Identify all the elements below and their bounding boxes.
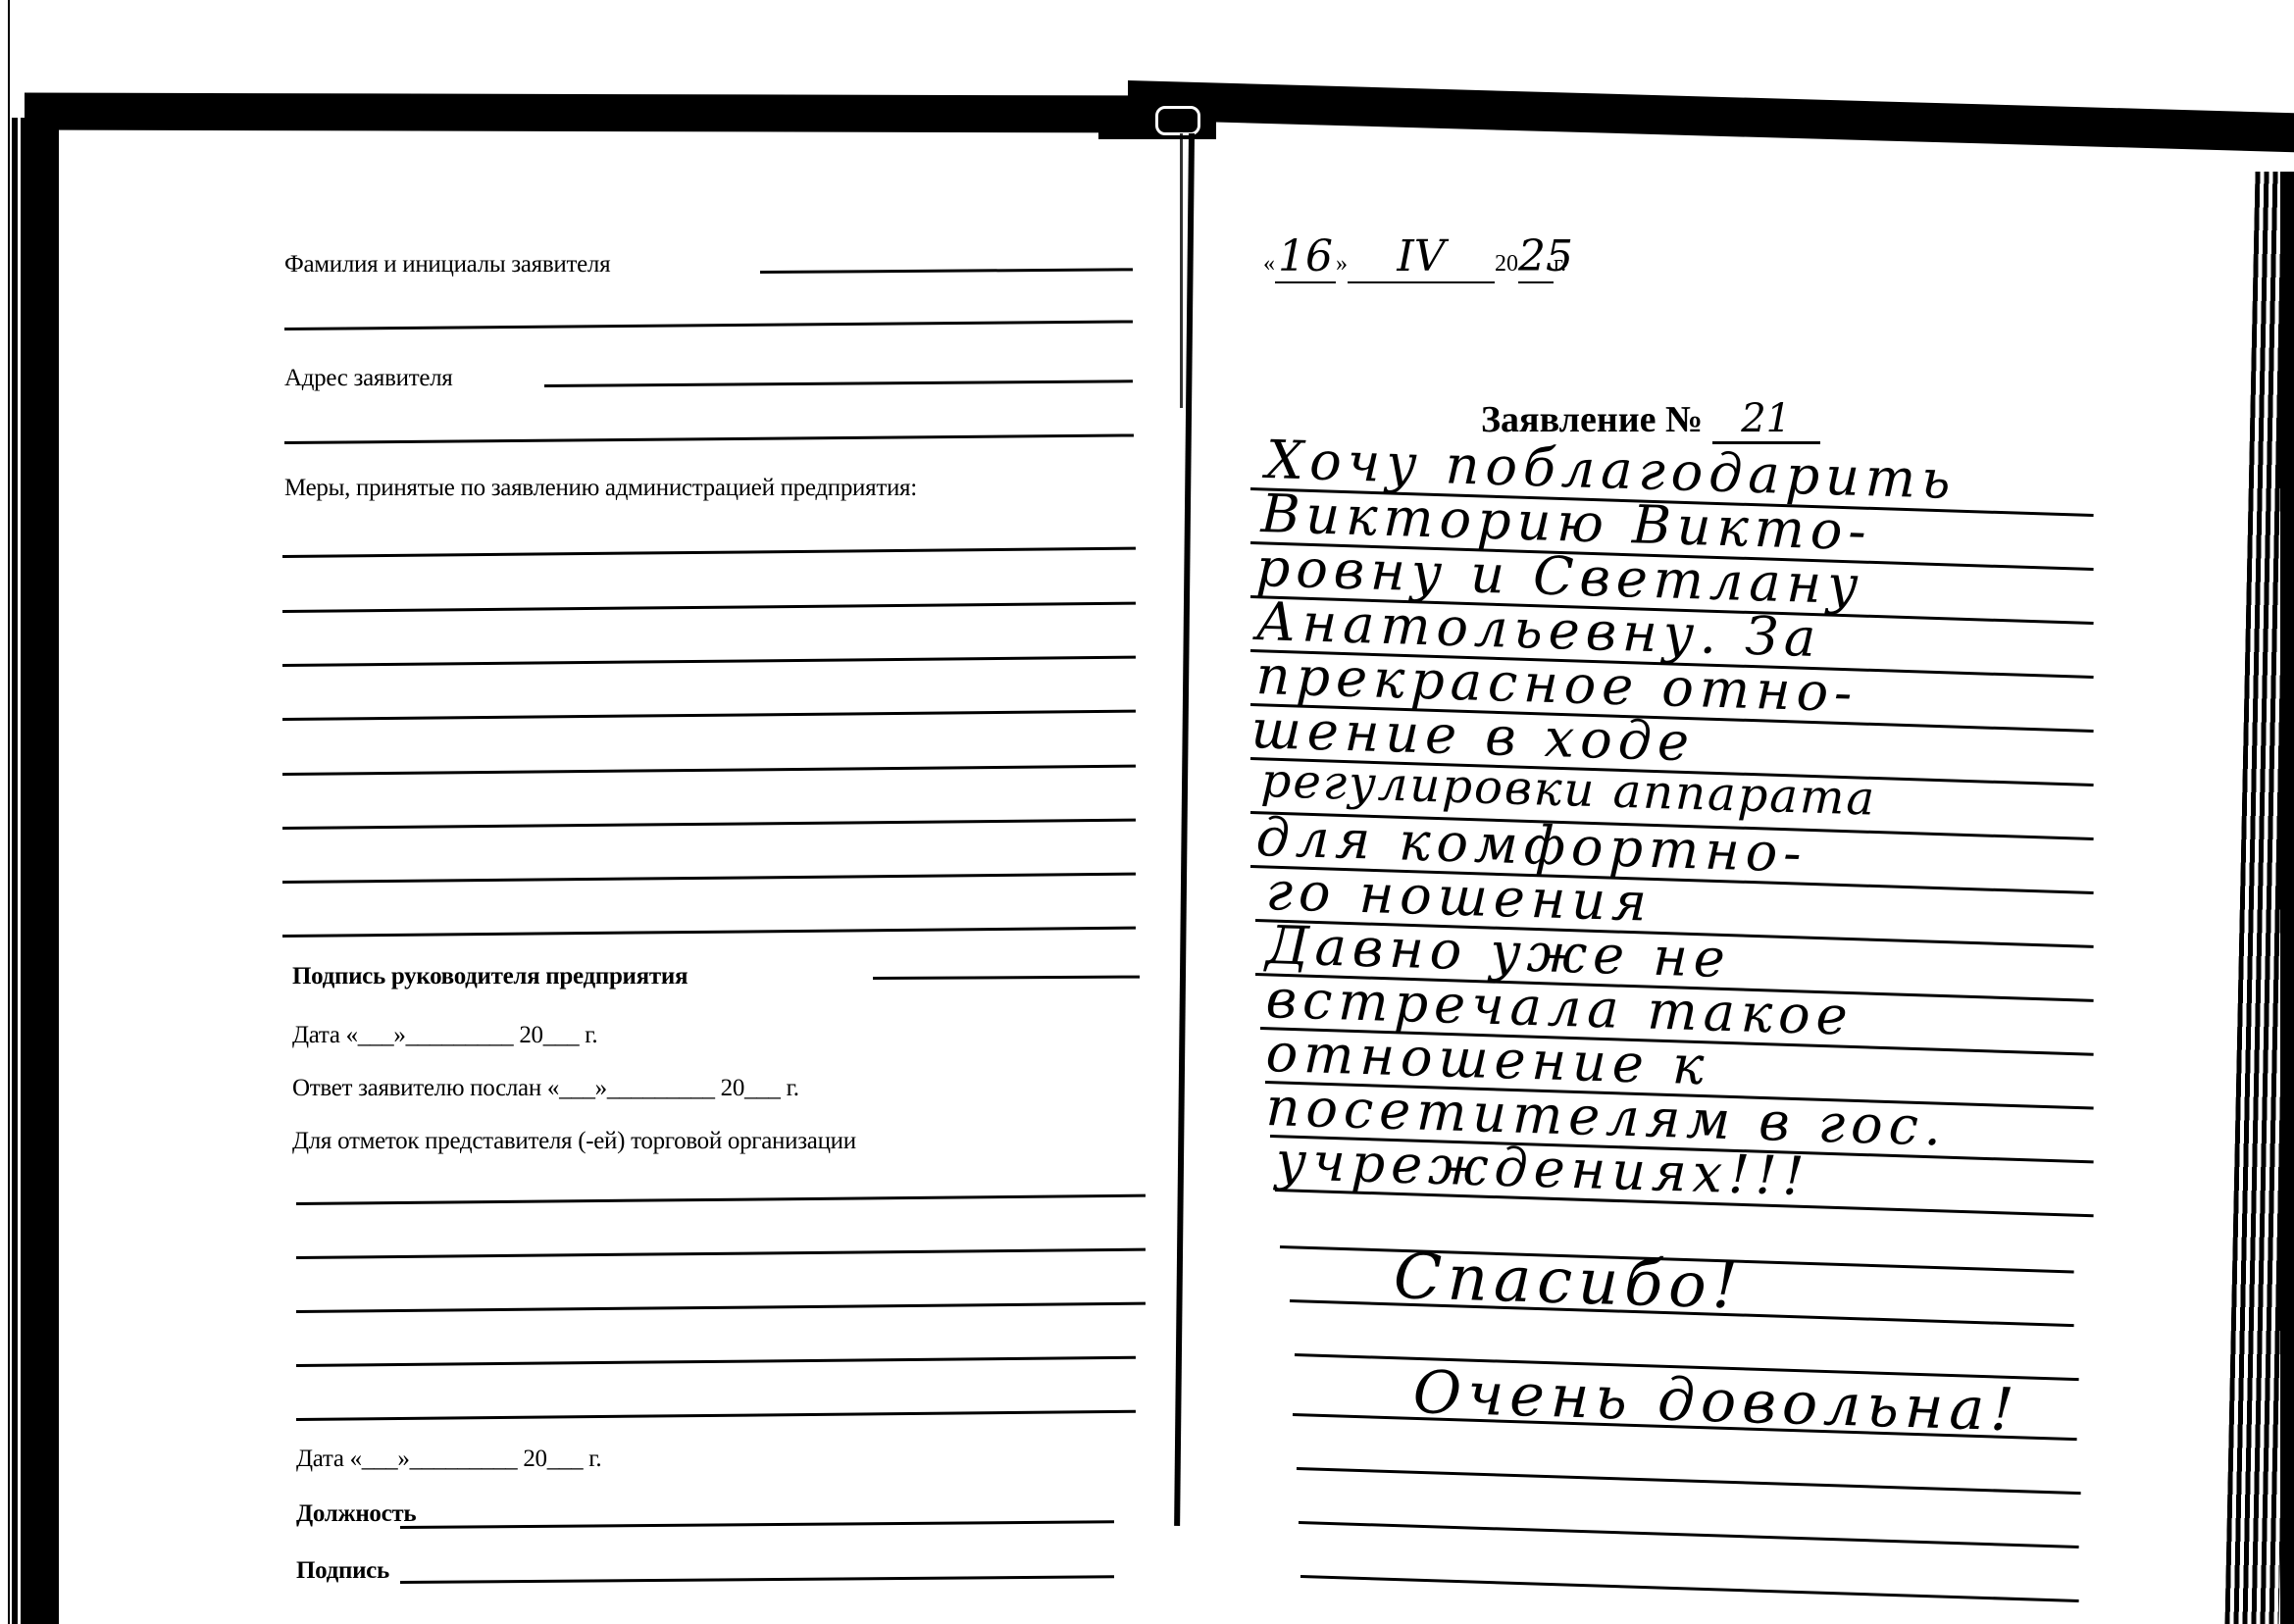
statement-title-label: Заявление №: [1481, 399, 1703, 440]
spine-shadow: [1180, 133, 1183, 408]
measures-line[interactable]: [282, 873, 1136, 884]
statement-date: «16»IV2025г.: [1263, 231, 1566, 283]
date-year-prefix: 20: [1495, 251, 1518, 277]
statement-line: [1297, 1467, 2081, 1495]
date-open-quote: «: [1263, 251, 1275, 277]
handwritten-line: Очень довольна!: [1412, 1363, 2020, 1440]
applicant-address-field[interactable]: [544, 380, 1133, 387]
date-month: IV: [1348, 231, 1495, 283]
statement-number: 21: [1712, 396, 1820, 444]
measures-line[interactable]: [282, 765, 1136, 776]
date-year-suffix: 25: [1518, 231, 1554, 283]
applicant-name-field-line-2[interactable]: [284, 320, 1133, 330]
date-day: 16: [1275, 231, 1336, 283]
applicant-address-field-line-2[interactable]: [284, 433, 1134, 444]
measures-line[interactable]: [282, 547, 1136, 558]
position-label: Должность: [296, 1500, 416, 1528]
reply-sent-label: Ответ заявителю послан «___»_________ 20…: [292, 1075, 799, 1102]
book-cover-left-edge: [12, 118, 59, 1624]
measures-line[interactable]: [282, 710, 1136, 721]
applicant-name-field[interactable]: [760, 268, 1133, 274]
measures-line[interactable]: [282, 602, 1136, 613]
book-spine: [1174, 133, 1195, 1526]
date-close-quote: »: [1336, 251, 1348, 277]
measures-line[interactable]: [282, 819, 1136, 830]
book-cover-right-edge: [2280, 172, 2294, 1624]
signature-field[interactable]: [400, 1575, 1114, 1584]
trade-org-notes-line[interactable]: [296, 1356, 1136, 1367]
measures-label: Меры, принятые по заявлению администраци…: [284, 475, 917, 502]
trade-org-notes-line[interactable]: [296, 1194, 1146, 1205]
decision-date-label: Дата «___»_________ 20___ г.: [292, 1022, 597, 1049]
trade-org-notes-label: Для отметок представителя (-ей) торговой…: [292, 1128, 856, 1155]
handwritten-line: учреждениях!!!: [1275, 1135, 1810, 1203]
manager-signature-label: Подпись руководителя предприятия: [292, 963, 688, 990]
statement-line: [1300, 1575, 2079, 1602]
statement-line: [1299, 1521, 2079, 1548]
notes-date-label: Дата «___»_________ 20___ г.: [296, 1446, 601, 1473]
measures-line[interactable]: [282, 927, 1136, 938]
scan-edge: [8, 0, 10, 1624]
trade-org-notes-line[interactable]: [296, 1410, 1136, 1421]
trade-org-notes-line[interactable]: [296, 1302, 1146, 1313]
manager-signature-field[interactable]: [873, 976, 1140, 980]
binding-clip-icon: [1098, 98, 1216, 139]
position-field[interactable]: [400, 1520, 1114, 1529]
book-cover-top-edge: [25, 92, 1172, 132]
applicant-name-label: Фамилия и инициалы заявителя: [284, 251, 610, 279]
trade-org-notes-line[interactable]: [296, 1248, 1146, 1259]
signature-label: Подпись: [296, 1557, 389, 1585]
handwritten-line: Спасибо!: [1393, 1245, 1744, 1319]
date-year-unit: г.: [1554, 251, 1566, 277]
book-cover-top-edge-right: [1128, 80, 2294, 152]
measures-line[interactable]: [282, 656, 1136, 667]
applicant-address-label: Адрес заявителя: [284, 365, 453, 392]
